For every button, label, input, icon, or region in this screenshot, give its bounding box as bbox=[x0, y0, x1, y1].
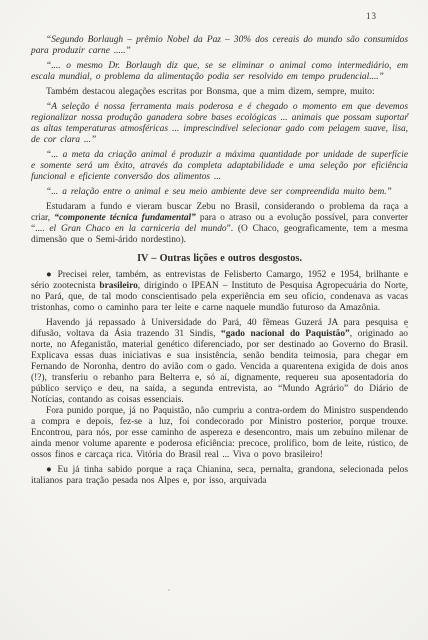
text-segment: ● Eu já tinha sabido porque a raça Chian… bbox=[31, 465, 408, 486]
scan-speck bbox=[407, 113, 409, 115]
text-segment: “gado nacional do Paquistão” bbox=[221, 329, 350, 339]
text-segment: “... a meta da criação animal é produzir… bbox=[31, 150, 408, 182]
paragraph: “... a relação entre o animal e seu meio… bbox=[31, 187, 408, 198]
paragraph: “... a meta da criação animal é produzir… bbox=[31, 150, 408, 183]
text-segment: Também destacou alegações escritas por B… bbox=[46, 87, 375, 97]
text-segment: brasileiro bbox=[99, 281, 137, 291]
paragraph: “Segundo Borlaugh – prêmio Nobel da Paz … bbox=[31, 35, 408, 57]
scan-speck bbox=[168, 589, 170, 591]
text-segment: “A seleção é nossa ferramenta mais poder… bbox=[31, 102, 408, 145]
page-number: 13 bbox=[366, 11, 377, 21]
scan-speck bbox=[406, 326, 408, 328]
scan-speck bbox=[404, 289, 406, 291]
paragraph: Havendo já repassado à Universidade do P… bbox=[31, 318, 408, 406]
text-segment: “componente técnica fundamental” bbox=[54, 213, 196, 223]
text-segment: IV – Outras lições e outros desgostos. bbox=[137, 253, 302, 264]
text-segment: , originado ao norte, no Afeganistão, ma… bbox=[31, 329, 408, 405]
text-segment: Fora punido porque, já no Paquistão, não… bbox=[31, 406, 408, 460]
paragraph: “A seleção é nossa ferramenta mais poder… bbox=[31, 102, 408, 146]
paragraph: “.... o mesmo Dr. Borlaugh diz que, se s… bbox=[31, 61, 408, 83]
paragraph: Também destacou alegações escritas por B… bbox=[31, 87, 408, 98]
text-segment: “... a relação entre o animal e seu meio… bbox=[46, 187, 392, 197]
paragraph: Estudaram a fundo e vieram buscar Zebu n… bbox=[31, 202, 408, 246]
text-segment: “Segundo Borlaugh – prêmio Nobel da Paz … bbox=[31, 35, 408, 56]
paragraph: ● Precisei reler, também, as entrevistas… bbox=[31, 270, 408, 314]
page-text: “Segundo Borlaugh – prêmio Nobel da Paz … bbox=[31, 35, 408, 491]
scanned-book-page: 13 “Segundo Borlaugh – prêmio Nobel da P… bbox=[0, 0, 428, 640]
section-heading: IV – Outras lições e outros desgostos. bbox=[31, 253, 408, 264]
text-segment: “.... o mesmo Dr. Borlaugh diz que, se s… bbox=[31, 61, 408, 82]
paragraph: ● Eu já tinha sabido porque a raça Chian… bbox=[31, 465, 408, 487]
paragraph: Fora punido porque, já no Paquistão, não… bbox=[31, 406, 408, 461]
text-segment: el Gran Chaco en la carniceria del mundo bbox=[49, 224, 226, 234]
